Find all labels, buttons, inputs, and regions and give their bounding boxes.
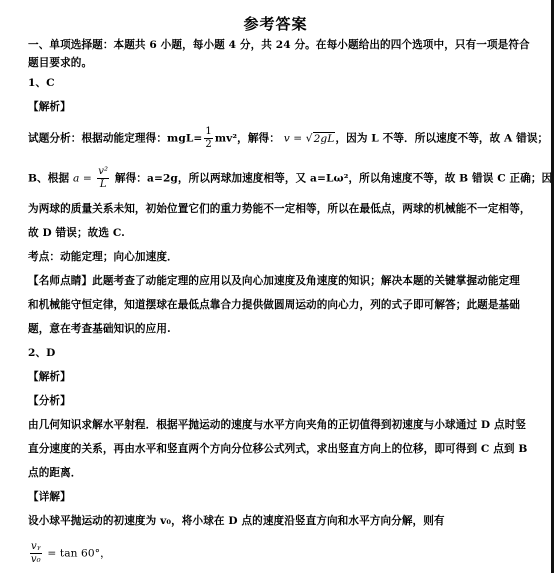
q1-answer: 1、C xyxy=(28,76,55,90)
q1-line1-suffix: ，因为 L 不等．所以速度不等，故 A 错误； xyxy=(335,133,548,145)
q2-jiexi-label: 【解析】 xyxy=(28,370,71,384)
q2-fenxi-line3: 点的距离． xyxy=(28,466,81,480)
equation-rhs: = tan 60°， xyxy=(47,548,110,560)
q1-analysis-line1: 试题分析：根据动能定理得：mgL=12mv²，解得： v = √2gL，因为 L… xyxy=(28,126,548,151)
q1-line2-suffix: 解得：a=2g，所以两球加速度相等，又 a=Lω²，所以角速度不等，故 B 错误… xyxy=(115,173,552,185)
q2-answer: 2、D xyxy=(28,346,55,360)
q1-line1-prefix: 试题分析：根据动能定理得：mgL= xyxy=(28,133,202,145)
fraction-vy-over-v0: vᵧv₀ xyxy=(30,541,42,566)
q1-jiexi-label: 【解析】 xyxy=(28,100,71,114)
page-title: 参考答案 xyxy=(0,13,551,34)
q1-line1-mid: mv²，解得： xyxy=(215,133,280,145)
q2-equation-tan60: vᵧv₀ = tan 60°， xyxy=(28,541,111,566)
formula-acceleration: a = xyxy=(73,173,95,185)
q2-xiangjie-line1: 设小球平抛运动的初速度为 v₀，将小球在 D 点的速度沿竖直方向和水平方向分解，… xyxy=(28,514,445,528)
section-heading-line2: 题目要求的。 xyxy=(28,56,92,70)
q2-xiangjie-label: 【详解】 xyxy=(28,490,71,504)
q1-line2-prefix: B、根据 xyxy=(28,173,69,185)
q1-comment-line3: 题，意在考查基础知识的应用. xyxy=(28,322,171,336)
q2-fenxi-label: 【分析】 xyxy=(28,394,71,408)
q1-comment-line1: 【名师点睛】此题考查了动能定理的应用以及向心加速度及角速度的知识；解决本题的关键… xyxy=(28,274,520,288)
document-page: 参考答案 一、单项选择题：本题共 6 小题，每小题 4 分，共 24 分。在每小… xyxy=(0,0,551,573)
formula-velocity: v = √2gL xyxy=(284,132,336,145)
q1-comment-line2: 和机械能守恒定律，知道摆球在最低点靠合力提供做圆周运动的向心力，列的式子即可解答… xyxy=(28,298,520,312)
q1-analysis-line2: B、根据 a = v²L 解得：a=2g，所以两球加速度相等，又 a=Lω²，所… xyxy=(28,166,552,191)
fraction-v2-over-L: v²L xyxy=(97,166,109,191)
fraction-half: 12 xyxy=(204,126,212,151)
q2-fenxi-line2: 直分速度的关系，再由水平和竖直两个方向分位移公式列式，求出竖直方向上的位移，即可… xyxy=(28,442,527,456)
section-heading-line1: 一、单项选择题：本题共 6 小题，每小题 4 分，共 24 分。在每小题给出的四… xyxy=(28,38,530,52)
q1-kaodian: 考点：动能定理；向心加速度． xyxy=(28,250,178,264)
q1-analysis-line4: 故 D 错误；故选 C. xyxy=(28,226,125,240)
q1-analysis-line3: 为两球的质量关系未知，初始位置它们的重力势能不一定相等，所以在最低点，两球的机械… xyxy=(28,202,531,216)
q2-fenxi-line1: 由几何知识求解水平射程．根据平抛运动的速度与水平方向夹角的正切值得到初速度与小球… xyxy=(28,418,526,432)
